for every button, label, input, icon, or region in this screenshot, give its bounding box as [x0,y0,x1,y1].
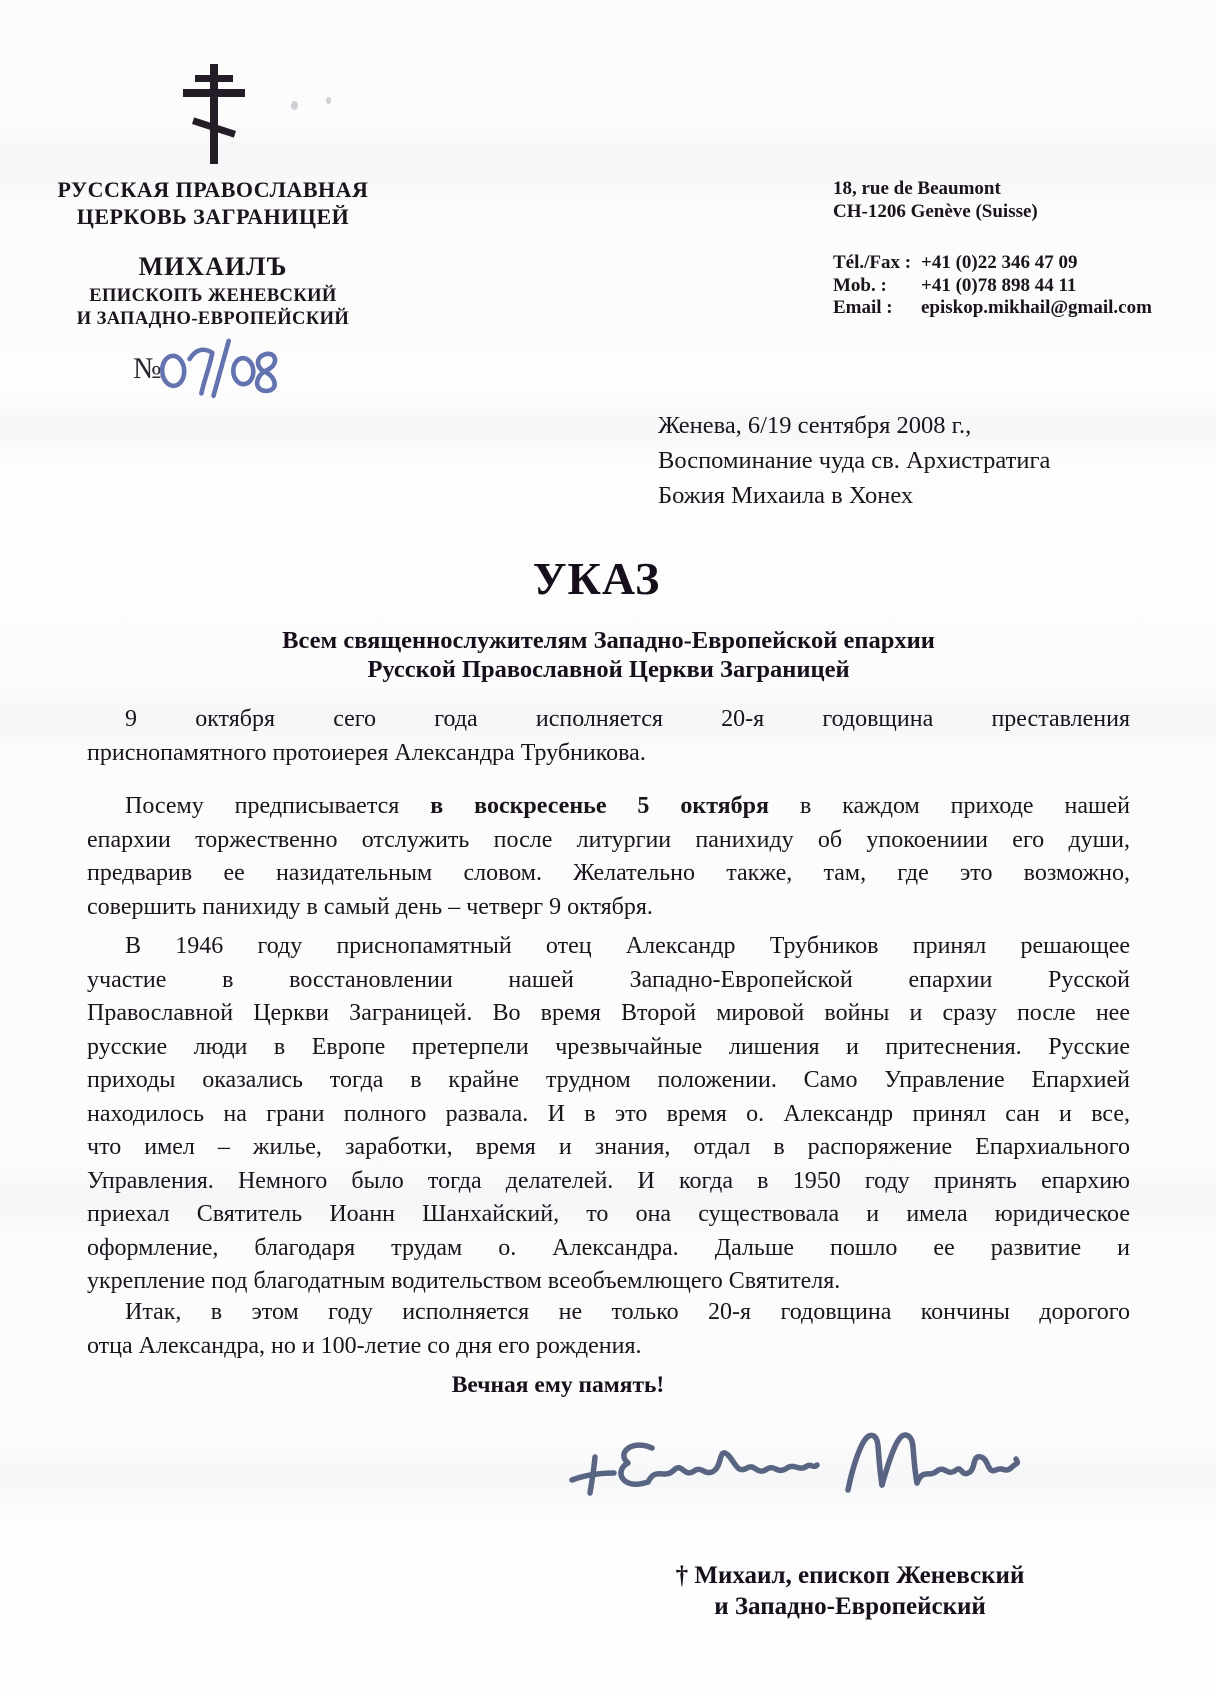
bishop-name: МИХАИЛЪ [48,252,378,282]
email-value: episkop.mikhail@gmail.com [921,297,1152,320]
paragraph-2-line: предварив ее назидательным словом. Желат… [87,857,1130,891]
paragraph-4-line: отца Александра, но и 100-летие со дня е… [87,1330,1130,1364]
org-name-line2: ЦЕРКОВЬ ЗАГРАНИЦЕЙ [48,203,378,230]
paragraph-3-line: В 1946 году приснопамятный отец Александ… [87,930,1130,964]
email-label: Email : [833,297,921,320]
paragraph-2-text: Посему предписывается [125,793,430,819]
letterhead-org: РУССКАЯ ПРАВОСЛАВНАЯ ЦЕРКОВЬ ЗАГРАНИЦЕЙ … [48,176,378,331]
dateline-line3: Божия Михаила в Хонех [658,478,1050,513]
mobile-value: +41 (0)78 898 44 11 [921,275,1143,298]
paragraph-3-line: находилось на грани полного развала. И в… [87,1098,1130,1132]
addressee: Всем священнослужителям Западно-Европейс… [87,627,1130,684]
signature-block: † Михаил, епископ Женевский и Западно-Ев… [572,1560,1128,1622]
org-name-line1: РУССКАЯ ПРАВОСЛАВНАЯ [48,176,378,203]
paragraph-4: Итак, в этом году исполняется не только … [87,1296,1130,1363]
paragraph-2-line: епархии торжественно отслужить после лит… [87,824,1130,858]
addressee-line1: Всем священнослужителям Западно-Европейс… [87,627,1130,656]
letterhead-address: 18, rue de Beaumont CH-1206 Genève (Suis… [833,177,1133,223]
scan-speck [326,97,331,104]
paragraph-2-line: совершить панихиду в самый день – четвер… [87,891,1130,925]
paragraph-3-line: русские люди в Европе претерпели чрезвыч… [87,1031,1130,1065]
bishop-title-line1: ЕПИСКОПЪ ЖЕНЕВСКИЙ [48,285,378,308]
address-line2: CH-1206 Genève (Suisse) [833,200,1133,223]
signatory-name-line2: и Западно-Европейский [572,1591,1128,1622]
paragraph-3-line: что имел – жилье, заработки, время и зна… [87,1131,1130,1165]
paragraph-2-line: Посему предписывается в воскресенье 5 ок… [87,790,1130,824]
letterhead-contacts: Tél./Fax : +41 (0)22 346 47 09 Mob. : +4… [833,252,1143,320]
dateline-line1: Женева, 6/19 сентября 2008 г., [658,408,1050,443]
paragraph-3-line: Управления. Немного было тогда делателей… [87,1165,1130,1199]
paragraph-3-line: приехал Святитель Иоанн Шанхайский, то о… [87,1198,1130,1232]
paragraph-3-line: Православной Церкви Заграницей. Во время… [87,997,1130,1031]
telfax-value: +41 (0)22 346 47 09 [921,252,1143,275]
paragraph-3-line: приходы оказались тогда в крайне трудном… [87,1064,1130,1098]
contact-row-email: Email : episkop.mikhail@gmail.com [833,297,1143,320]
paragraph-2-bold-date: в воскресенье 5 октября [430,793,769,819]
scan-speck [291,101,298,110]
address-line1: 18, rue de Beaumont [833,177,1133,200]
dateline-line2: Воспоминание чуда св. Архистратига [658,443,1050,478]
paragraph-3: В 1946 году приснопамятный отец Александ… [87,930,1130,1299]
paragraph-2: Посему предписывается в воскресенье 5 ок… [87,790,1130,924]
signature-strokes [572,1435,1017,1493]
paragraph-1-line: приснопамятного протоиерея Александра Тр… [87,737,1130,771]
scanned-letter-page: РУССКАЯ ПРАВОСЛАВНАЯ ЦЕРКОВЬ ЗАГРАНИЦЕЙ … [0,0,1216,1696]
mobile-label: Mob. : [833,275,921,298]
paragraph-1-line: 9 октября сего года исполняется 20-я год… [87,703,1130,737]
paragraph-2-text: в каждом приходе нашей [769,793,1130,819]
document-title: УКАЗ [75,556,1118,602]
numero-sign: № [133,352,162,386]
paragraph-3-line: укрепление под благодатным водительством… [87,1265,1130,1299]
telfax-label: Tél./Fax : [833,252,921,275]
signatory-name-line1: † Михаил, епископ Женевский [572,1560,1128,1591]
bishop-signature-handwriting [552,1418,1022,1526]
contact-row-mobile: Mob. : +41 (0)78 898 44 11 [833,275,1143,298]
bishop-title: ЕПИСКОПЪ ЖЕНЕВСКИЙ И ЗАПАДНО-ЕВРОПЕЙСКИЙ [48,285,378,331]
bishop-title-line2: И ЗАПАДНО-ЕВРОПЕЙСКИЙ [48,308,378,331]
paragraph-3-line: участие в восстановлении нашей Западно-Е… [87,964,1130,998]
orthodox-cross-icon [182,62,246,166]
protocol-number-strokes [161,339,277,399]
org-name: РУССКАЯ ПРАВОСЛАВНАЯ ЦЕРКОВЬ ЗАГРАНИЦЕЙ [48,176,378,230]
protocol-number-handwritten [158,331,296,402]
paragraph-4-line: Итак, в этом году исполняется не только … [87,1296,1130,1330]
contact-row-telfax: Tél./Fax : +41 (0)22 346 47 09 [833,252,1143,275]
paragraph-3-line: оформление, благодаря трудам о. Александ… [87,1232,1130,1266]
memory-line: Вечная ему память! [87,1372,1029,1399]
dateline: Женева, 6/19 сентября 2008 г., Воспомина… [658,408,1050,513]
paragraph-1: 9 октября сего года исполняется 20-я год… [87,703,1130,770]
addressee-line2: Русской Православной Церкви Заграницей [87,656,1130,685]
